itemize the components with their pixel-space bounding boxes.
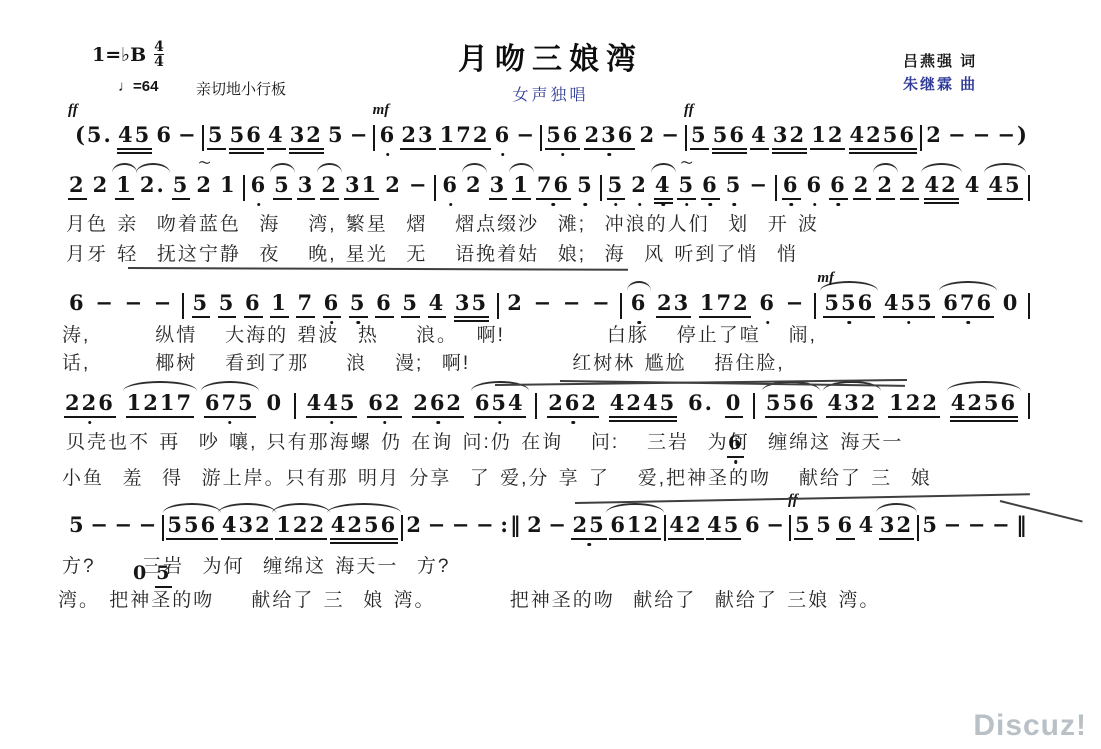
barline	[243, 175, 245, 201]
note: 6	[244, 290, 263, 318]
note: 5	[607, 172, 626, 200]
note: 3	[297, 172, 316, 200]
note: −	[547, 512, 569, 538]
barline	[664, 515, 666, 541]
note: 0	[265, 390, 284, 416]
note: 556mf	[823, 290, 875, 318]
note: 5	[349, 290, 368, 318]
note: 4	[750, 122, 769, 150]
note: 2	[384, 172, 403, 198]
note: −	[515, 122, 537, 148]
music-system-5: 5−−−55643212242562−−−:‖2−2561242456−5ff5…	[68, 512, 1030, 544]
music-system-4: 226121767504456226265426242456.055643212…	[64, 390, 1030, 422]
barline	[401, 515, 403, 541]
note: 5	[815, 512, 834, 538]
barline	[814, 293, 816, 319]
note: 556	[765, 390, 817, 418]
barline	[753, 393, 755, 419]
note: 122	[888, 390, 940, 418]
music-system-1: (5.ff456−5564325−6mf231726−562362−5ff564…	[74, 122, 1030, 154]
note: 2	[405, 512, 424, 538]
note: 4	[858, 512, 877, 538]
lyrics-line-6: 小鱼 羞 得 游上岸。只有那 明月 分享 了 爱,分 享 了 爱,把神圣的吻 献…	[62, 463, 932, 490]
note: 2	[925, 122, 944, 148]
note: −	[660, 122, 682, 148]
note: 32	[289, 122, 324, 154]
note: 6	[155, 122, 174, 148]
note: 0	[132, 562, 149, 586]
note: 612	[609, 512, 661, 540]
note: 4	[964, 172, 983, 198]
lyrics-line-1: 月色 亲 吻着蓝色 海 湾, 繁星 熠 熠点缀沙 滩; 冲浪的人们 划 开 波	[66, 209, 819, 236]
note: −	[451, 512, 473, 538]
note: −	[427, 512, 449, 538]
note: 2	[68, 172, 87, 200]
note: 42	[924, 172, 959, 204]
note: 35	[454, 290, 489, 322]
note: 5	[207, 122, 226, 150]
note: 676	[942, 290, 994, 318]
note: −	[349, 122, 371, 148]
music-system-2: 2212.52〜16532312−62317655245〜65−66622242…	[68, 172, 1030, 204]
note: 4256	[849, 122, 917, 154]
note: 6	[375, 290, 394, 318]
note: 32	[879, 512, 914, 540]
note: 1	[512, 172, 531, 200]
note: 7	[296, 290, 315, 318]
note: −	[408, 172, 430, 198]
note: 236	[584, 122, 636, 150]
note: 6	[806, 172, 825, 198]
note: 1	[115, 172, 134, 200]
note: :‖	[499, 512, 523, 538]
note: 6	[836, 512, 855, 540]
note: −	[89, 512, 111, 538]
note: 42	[668, 512, 703, 540]
barline	[685, 125, 687, 151]
lyrics-line-8: 湾。 把神圣的吻 献给了 三 娘 湾。 把神圣的吻 献给了 献给了 三娘 湾。	[58, 585, 880, 612]
barline	[434, 175, 436, 201]
note: 0	[725, 390, 744, 418]
note: 76	[536, 172, 571, 200]
note: 2	[465, 172, 484, 198]
note: 6	[744, 512, 763, 538]
slur-line	[575, 493, 1030, 504]
note: −	[562, 290, 584, 316]
barline	[1028, 175, 1030, 201]
note: 3	[489, 172, 508, 200]
note: −	[947, 122, 969, 148]
note: 432	[826, 390, 878, 418]
note: 2	[320, 172, 339, 200]
lyrics-line-3: 涛, 纵情 大海的 碧波 热 浪。 啊! 白豚 停止了喧 闹,	[62, 320, 817, 347]
note: 2	[853, 172, 872, 200]
lyrics-line-7: 方? 三岩 为何 缠绵这 海天一 方?	[62, 551, 450, 578]
barline	[600, 175, 602, 201]
note: 445	[306, 390, 358, 418]
note: 5ff	[794, 512, 813, 540]
note: 6	[441, 172, 460, 198]
dynamic-marking: ff	[68, 101, 78, 120]
note: 172	[699, 290, 751, 318]
note: 45	[117, 122, 152, 154]
note: 2	[92, 172, 111, 198]
note: 23	[656, 290, 691, 318]
note: 2〜	[195, 172, 214, 198]
note: 5	[725, 172, 744, 198]
note: 4	[428, 290, 447, 318]
pickup-note-05: 05	[132, 562, 172, 588]
lyrics-line-2: 月牙 轻 抚这宁静 夜 晚, 星光 无 语挽着姑 娘; 海 风 听到了悄 悄	[66, 239, 798, 266]
note: 6	[782, 172, 801, 200]
note: 5	[576, 172, 595, 198]
dynamic-marking: mf	[373, 101, 390, 120]
note: 6	[758, 290, 777, 316]
note: 6	[494, 122, 513, 148]
note: 56	[229, 122, 264, 154]
note: 6mf	[379, 122, 398, 148]
barline	[535, 393, 537, 419]
note: 5	[273, 172, 292, 200]
dynamic-marking: mf	[817, 269, 834, 288]
slur-line	[128, 267, 628, 271]
barline	[917, 515, 919, 541]
barline	[540, 125, 542, 151]
note: 56	[712, 122, 747, 154]
barline	[1028, 393, 1030, 419]
note: 122	[275, 512, 327, 540]
note: 226	[64, 390, 116, 418]
lyricist-credit: 吕燕强 词	[903, 50, 977, 71]
note: 5	[68, 512, 87, 538]
note: 2	[876, 172, 895, 200]
note: −	[748, 172, 770, 198]
note: 23	[400, 122, 435, 150]
note: −	[533, 290, 555, 316]
music-system-3: 6−−−5561765654352−−−6231726−556mf4556760	[68, 290, 1030, 322]
note: 1	[219, 172, 238, 198]
dynamic-marking: ff	[684, 101, 694, 120]
note: −	[123, 290, 145, 316]
note: −	[113, 512, 135, 538]
note: 6	[68, 290, 87, 316]
note: −)	[996, 122, 1030, 148]
note: 4	[654, 172, 673, 204]
note: 2	[638, 122, 657, 148]
note: 4256	[950, 390, 1018, 422]
note: 5ff	[690, 122, 709, 150]
note: −	[943, 512, 965, 538]
barline	[920, 125, 922, 151]
note: 62	[367, 390, 402, 418]
note: −	[177, 122, 199, 148]
note: 262	[412, 390, 464, 418]
pickup-note-6: 6	[727, 432, 744, 458]
note: 45	[987, 172, 1022, 200]
barline	[497, 293, 499, 319]
note: 4	[267, 122, 286, 150]
note: 4256	[330, 512, 398, 544]
barline	[294, 393, 296, 419]
barline	[789, 515, 791, 541]
barline	[162, 515, 164, 541]
barline	[1028, 293, 1030, 319]
note: 2	[506, 290, 525, 316]
barline	[182, 293, 184, 319]
note: −	[591, 290, 613, 316]
note: −	[765, 512, 787, 538]
note: 654	[474, 390, 526, 418]
note: 455	[883, 290, 935, 318]
note: 32	[772, 122, 807, 154]
note: −	[972, 122, 994, 148]
note: 432	[221, 512, 273, 540]
note: 2	[900, 172, 919, 200]
mordent-icon: 〜	[681, 156, 693, 171]
note: 6	[829, 172, 848, 200]
note: −	[475, 512, 497, 538]
mordent-icon: 〜	[199, 156, 211, 171]
note: 45	[706, 512, 741, 540]
note: 6.	[687, 390, 715, 416]
note: 5〜	[677, 172, 696, 200]
note: (5.ff	[74, 122, 114, 148]
note: −	[967, 512, 989, 538]
note: 25	[571, 512, 606, 540]
barline	[620, 293, 622, 319]
note: 5	[218, 290, 237, 318]
note: 2	[630, 172, 649, 198]
note: 1	[270, 290, 289, 318]
note: 2	[526, 512, 545, 538]
note: 5	[155, 562, 172, 588]
note: 6	[727, 432, 744, 458]
note: 4245	[609, 390, 677, 422]
note: 6	[250, 172, 269, 198]
note: −	[138, 512, 160, 538]
note: 5	[192, 290, 211, 318]
note: 6	[701, 172, 720, 200]
note: 56	[545, 122, 580, 150]
note: ‖	[1015, 512, 1030, 538]
note: 262	[547, 390, 599, 418]
barline	[202, 125, 204, 151]
note: 172	[439, 122, 491, 150]
note: −	[991, 512, 1013, 538]
lyrics-line-5: 贝壳也不 再 吵 嚷, 只有那海螺 仍 在询 问:仍 在询 问: 三岩 为何 缠…	[66, 427, 903, 454]
note: 2.	[139, 172, 167, 198]
note: 31	[344, 172, 379, 200]
note: 1217	[126, 390, 194, 418]
lyrics-line-4: 话, 椰树 看到了那 浪 漫; 啊! 红树林 尴尬 捂住脸,	[62, 348, 785, 375]
barline	[373, 125, 375, 151]
note: 556	[166, 512, 218, 540]
note: 5	[921, 512, 940, 538]
note: 6	[323, 290, 342, 318]
note: 0	[1002, 290, 1021, 316]
composer-credit: 朱继霖 曲	[903, 73, 977, 94]
barline	[775, 175, 777, 201]
note: 5	[172, 172, 191, 200]
note: 5	[401, 290, 420, 318]
dynamic-marking: ff	[788, 491, 798, 510]
note: −	[94, 290, 116, 316]
note: 5	[327, 122, 346, 148]
note: 12	[810, 122, 845, 150]
discuz-watermark: Discuz!	[973, 709, 1087, 743]
note: −	[785, 290, 807, 316]
note: −	[153, 290, 175, 316]
note: 6	[630, 290, 649, 316]
note: 675	[204, 390, 256, 418]
